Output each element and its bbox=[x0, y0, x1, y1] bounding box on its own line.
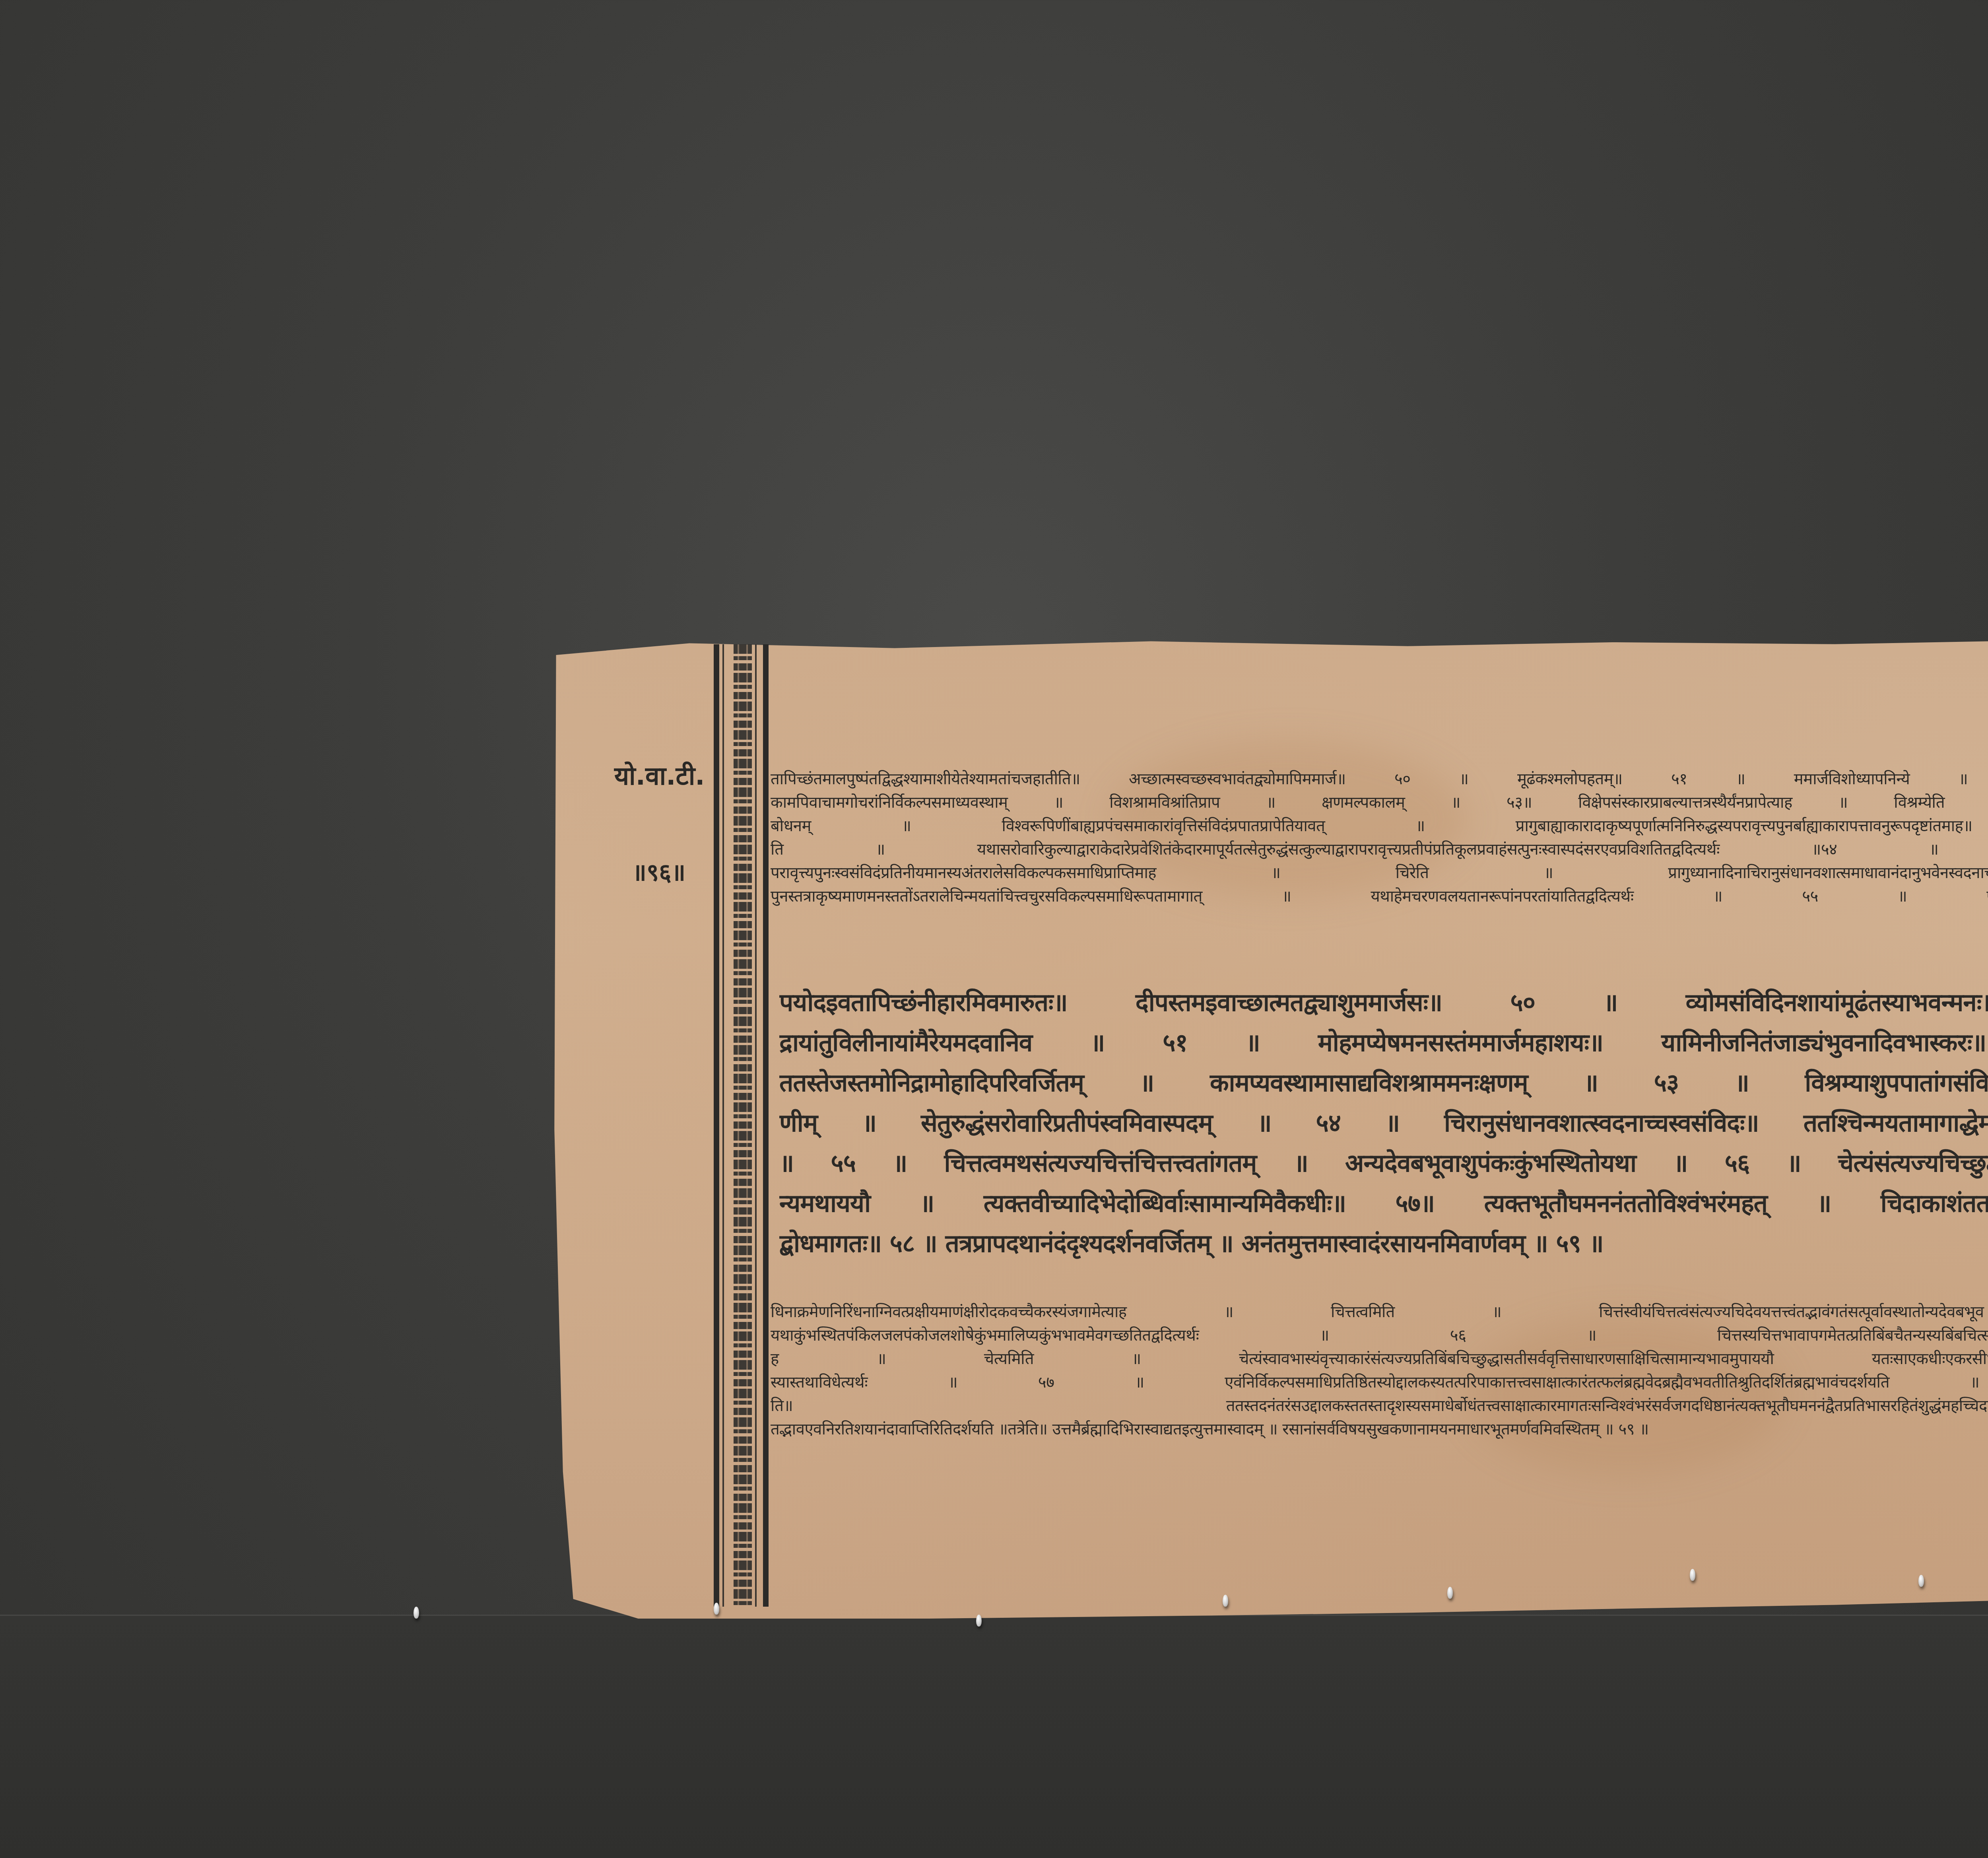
border-rule bbox=[722, 644, 724, 1607]
display-ledge bbox=[0, 1615, 1988, 1858]
commentary-line: कामपिवाचामगोचरांनिर्विकल्पसमाध्यवस्थाम् … bbox=[771, 791, 1988, 814]
commentary-line: स्यास्तथाविधेत्यर्थः ॥ ५७ ॥ एवंनिर्विकल्… bbox=[771, 1371, 1988, 1394]
pin-icon bbox=[414, 1607, 419, 1619]
commentary-line: यथाकुंभस्थितपंकिलजलपंकोजलशोषेकुंभमालिप्य… bbox=[771, 1324, 1988, 1347]
verse-line: द्बोधमागतः॥ ५८ ॥ तत्रप्रापदथानंदंदृश्यदर… bbox=[779, 1223, 1988, 1263]
pin-icon bbox=[1223, 1595, 1228, 1607]
commentary-line: बोधनम् ॥ विश्वरूपिणींबाह्यप्रपंचसमाकारां… bbox=[771, 814, 1988, 838]
commentary-line: ह ॥ चेत्यमिति ॥ चेत्यंस्वावभास्यंवृत्त्य… bbox=[771, 1347, 1988, 1371]
verse-line: पयोदइवतापिच्छंनीहारमिवमारुतः॥ दीपस्तमइवा… bbox=[779, 982, 1988, 1022]
pin-icon bbox=[976, 1615, 982, 1627]
floral-ornament-strip bbox=[734, 644, 752, 1607]
pin-icon bbox=[714, 1603, 719, 1615]
commentary-line: ति ॥ यथासरोवारिकुल्याद्वाराकेदारेप्रवेशि… bbox=[771, 838, 1988, 861]
commentary-line: पुनस्तत्राकृष्यमाणमनस्ततोंऽतरालेचिन्मयता… bbox=[771, 885, 1988, 908]
verse-line: णीम् ॥ सेतुरुद्धंसरोवारिप्रतीपंस्वमिवास्… bbox=[779, 1103, 1988, 1143]
verse-line: न्यमथाययौ ॥ त्यक्तवीच्यादिभेदोब्धिर्वाःस… bbox=[779, 1183, 1988, 1223]
commentary-line: धिनाक्रमेणनिरिंधनाग्निवत्प्रक्षीयमाणंक्ष… bbox=[771, 1300, 1988, 1324]
verse-line: ततस्तेजस्तमोनिद्रामोहादिपरिवर्जितम् ॥ का… bbox=[779, 1063, 1988, 1103]
pin-icon bbox=[1918, 1575, 1924, 1587]
commentary-line: ति॥ ततस्तदनंतरंसउद्दालकस्ततस्तादृशस्यसमा… bbox=[771, 1394, 1988, 1418]
border-rule bbox=[763, 644, 769, 1607]
pin-icon bbox=[1447, 1587, 1453, 1599]
verse-line: ॥ ५५ ॥ चित्तत्वमथसंत्यज्यचित्तंचित्तत्त्… bbox=[779, 1143, 1988, 1183]
left-ornamental-border bbox=[714, 644, 773, 1607]
main-verse: पयोदइवतापिच्छंनीहारमिवमारुतः॥ दीपस्तमइवा… bbox=[779, 982, 1988, 1263]
left-margin-title: यो.वा.टी. bbox=[614, 758, 705, 792]
commentary-line: तापिच्छंतमालपुष्पंतद्विद्धश्यामाशीयेतेश्… bbox=[771, 768, 1988, 791]
bottom-commentary: धिनाक्रमेणनिरिंधनाग्निवत्प्रक्षीयमाणंक्ष… bbox=[771, 1300, 1988, 1441]
border-rule bbox=[755, 644, 757, 1607]
verse-line: द्रायांतुविलीनायांमैरेयमदवानिव ॥ ५१ ॥ मो… bbox=[779, 1022, 1988, 1063]
top-commentary: तापिच्छंतमालपुष्पंतद्विद्धश्यामाशीयेतेश्… bbox=[771, 768, 1988, 908]
border-rule bbox=[714, 644, 719, 1607]
commentary-line: परावृत्त्यपुनःस्वसंविदंप्रतिनीयमानस्यअंत… bbox=[771, 861, 1988, 885]
left-page-number: ॥९६॥ bbox=[632, 855, 685, 888]
pin-icon bbox=[1690, 1569, 1695, 1581]
commentary-line: तद्भावएवनिरतिशयानंदावाप्तिरितिदर्शयति ॥त… bbox=[771, 1418, 1988, 1441]
